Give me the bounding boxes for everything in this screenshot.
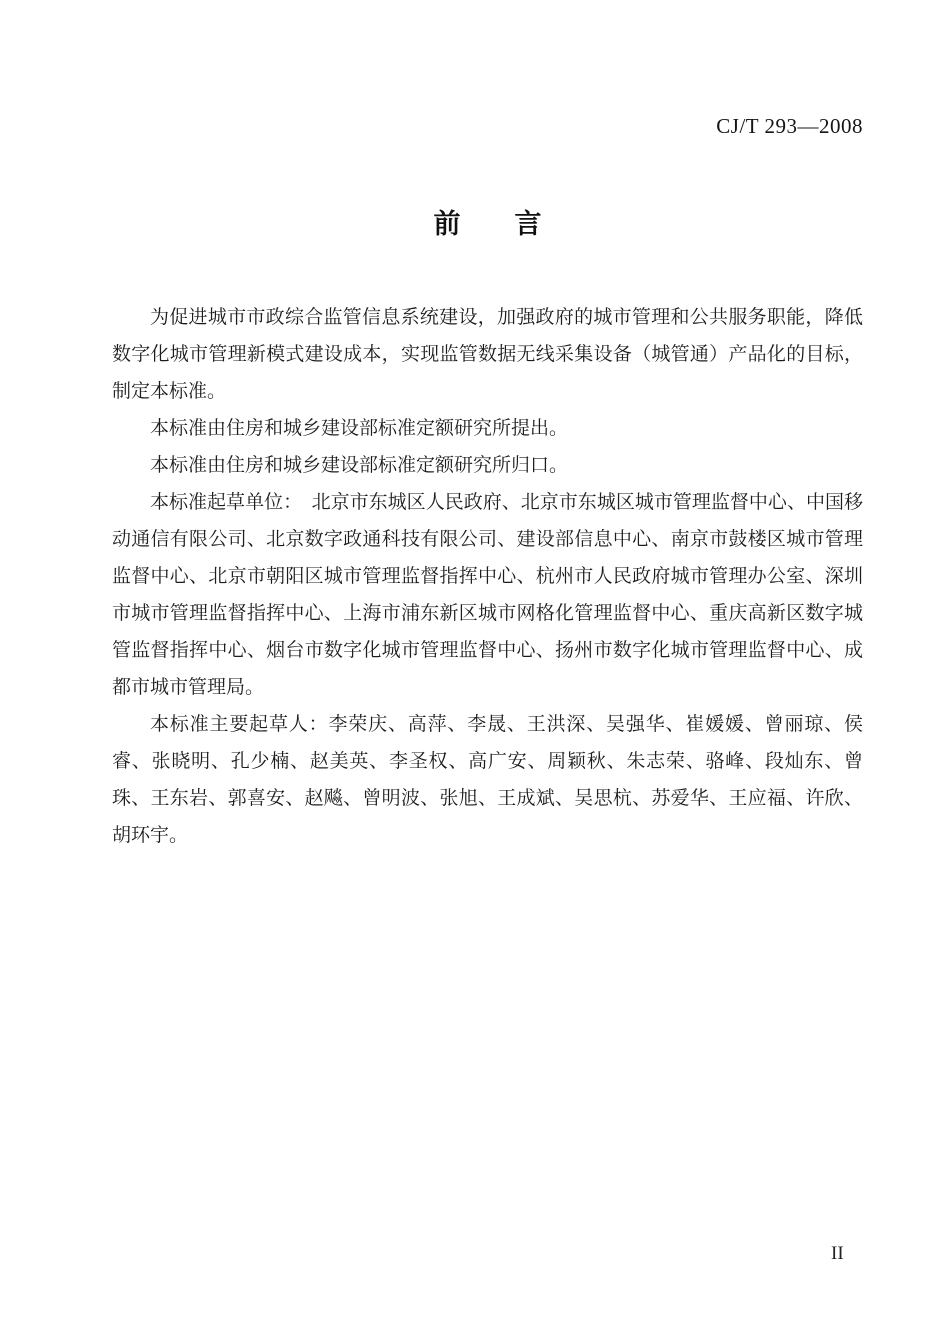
page-number: II xyxy=(831,1243,844,1265)
document-body: 为促进城市市政综合监管信息系统建设，加强政府的城市管理和公共服务职能，降低数字化… xyxy=(112,299,863,854)
paragraph-proposed-by: 本标准由住房和城乡建设部标准定额研究所提出。 xyxy=(112,410,863,447)
document-title: 前 言 xyxy=(112,202,863,241)
paragraph-centralized-by: 本标准由住房和城乡建设部标准定额研究所归口。 xyxy=(112,447,863,484)
standard-code: CJ/T 293—2008 xyxy=(716,114,863,139)
paragraph-purpose: 为促进城市市政综合监管信息系统建设，加强政府的城市管理和公共服务职能，降低数字化… xyxy=(112,299,863,410)
document-page: CJ/T 293—2008 前 言 为促进城市市政综合监管信息系统建设，加强政府… xyxy=(0,0,950,1344)
paragraph-drafting-organizations: 本标准起草单位： 北京市东城区人民政府、北京市东城区城市管理监督中心、中国移动通… xyxy=(112,484,863,706)
paragraph-chief-drafters: 本标准主要起草人：李荣庆、高萍、李晟、王洪深、吴强华、崔媛媛、曾丽琼、侯睿、张晓… xyxy=(112,706,863,854)
